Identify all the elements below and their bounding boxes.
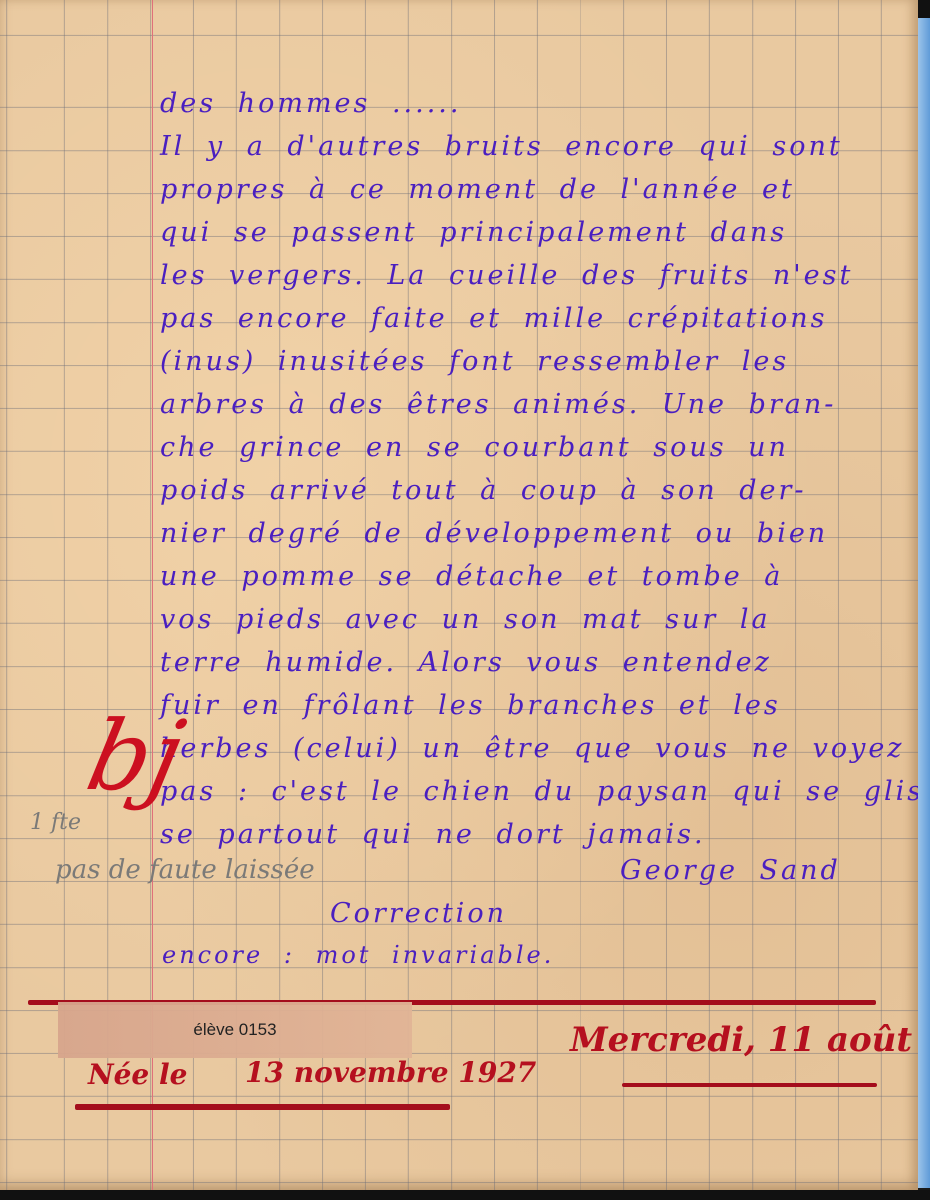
fault-count: 1 fte xyxy=(30,810,81,835)
date-heading: Mercredi, 11 août xyxy=(570,1020,912,1060)
text-line-6: pas encore faite et mille crépitations xyxy=(160,303,828,334)
text-line-2: Il y a d'autres bruits encore qui sont xyxy=(160,131,843,162)
correction-heading: Correction xyxy=(330,898,507,929)
text-line-18: se partout qui ne dort jamais. xyxy=(160,819,706,850)
text-line-13: vos pieds avec un son mat sur la xyxy=(160,604,771,635)
text-line-4: qui se passent principalement dans xyxy=(160,217,787,248)
text-line-8: arbres à des êtres animés. Une bran- xyxy=(160,389,836,420)
birth-date: 13 novembre 1927 xyxy=(245,1056,536,1089)
text-line-1: des hommes ...... xyxy=(160,88,461,119)
text-line-9: che grince en se courbant sous un xyxy=(160,432,789,463)
text-line-5: les vergers. La cueille des fruits n'est xyxy=(160,260,853,291)
text-line-3: propres à ce moment de l'année et xyxy=(160,174,795,205)
scan-border-top xyxy=(918,0,930,18)
birth-prefix: Née le xyxy=(88,1058,187,1091)
birth-underline xyxy=(75,1104,450,1110)
text-line-17: pas : c'est le chien du paysan qui se gl… xyxy=(160,776,930,807)
pencil-comment: pas de faute laissée xyxy=(55,855,315,885)
scan-border-bottom xyxy=(0,1190,930,1200)
scan-border-right xyxy=(918,18,930,1188)
text-line-7: (inus) inusitées font ressembler les xyxy=(160,346,789,377)
date-underline xyxy=(622,1083,877,1087)
text-line-16: herbes (celui) un être que vous ne voyez xyxy=(160,733,905,764)
notebook-page: des hommes ...... Il y a d'autres bruits… xyxy=(0,0,918,1190)
text-line-10: poids arrivé tout à coup à son der- xyxy=(160,475,807,506)
text-line-14: terre humide. Alors vous entendez xyxy=(160,647,772,678)
student-id-label: élève 0153 xyxy=(58,1002,412,1058)
text-line-11: nier degré de développement ou bien xyxy=(160,518,828,549)
text-line-15: fuir en frôlant les branches et les xyxy=(160,690,781,721)
text-line-12: une pomme se détache et tombe à xyxy=(160,561,783,592)
correction-note: encore : mot invariable. xyxy=(162,941,554,969)
author-signature: George Sand xyxy=(620,855,841,886)
